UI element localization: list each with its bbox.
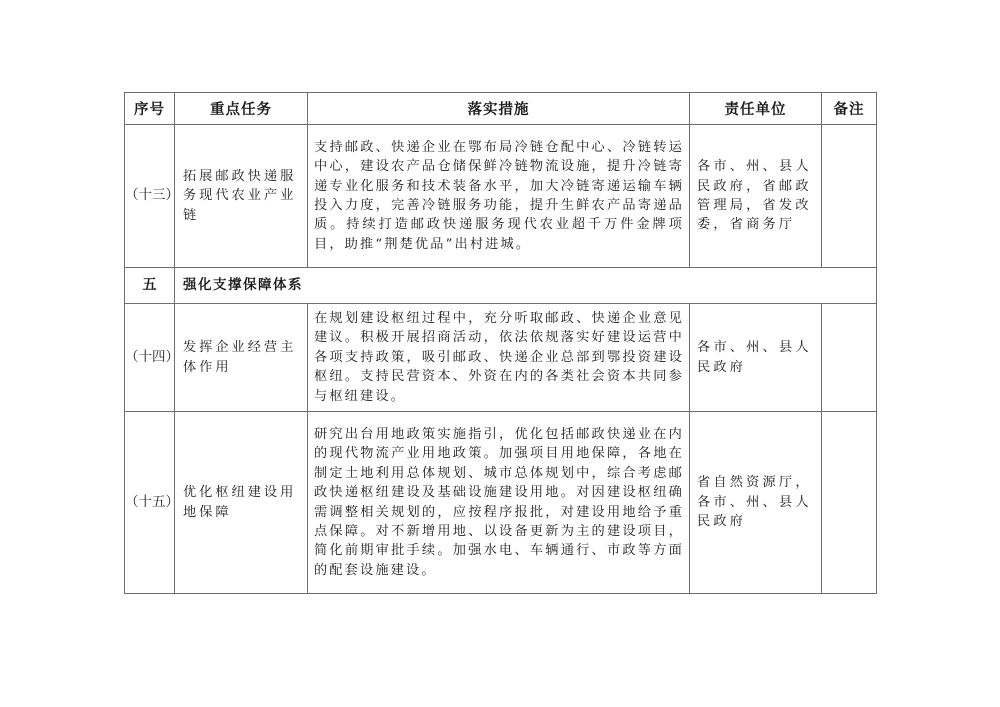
row-task: 发挥企业经营主体作用: [175, 304, 308, 412]
row-num: （十五）: [125, 412, 175, 594]
row-note: [822, 125, 877, 268]
row-note: [822, 304, 877, 412]
section-num: 五: [125, 268, 175, 304]
row-measure: 支持邮政、快递企业在鄂布局冷链仓配中心、冷链转运中心，建设农产品仓储保鲜冷链物流…: [308, 125, 690, 268]
task-table: 序号 重点任务 落实措施 责任单位 备注 （十三） 拓展邮政快递服务现代农业产业…: [124, 92, 877, 594]
table-header-row: 序号 重点任务 落实措施 责任单位 备注: [125, 93, 877, 125]
table-row: （十三） 拓展邮政快递服务现代农业产业链 支持邮政、快递企业在鄂布局冷链仓配中心…: [125, 125, 877, 268]
row-note: [822, 412, 877, 594]
row-num: （十三）: [125, 125, 175, 268]
row-unit: 省自然资源厅，各市、州、县人民政府: [690, 412, 822, 594]
section-row: 五 强化支撑保障体系: [125, 268, 877, 304]
row-task: 拓展邮政快递服务现代农业产业链: [175, 125, 308, 268]
header-num: 序号: [125, 93, 175, 125]
row-num: （十四）: [125, 304, 175, 412]
header-unit: 责任单位: [690, 93, 822, 125]
header-task: 重点任务: [175, 93, 308, 125]
row-measure: 研究出台用地政策实施指引，优化包括邮政快递业在内的现代物流产业用地政策。加强项目…: [308, 412, 690, 594]
table-row: （十五） 优化枢纽建设用地保障 研究出台用地政策实施指引，优化包括邮政快递业在内…: [125, 412, 877, 594]
row-measure: 在规划建设枢纽过程中，充分听取邮政、快递企业意见建议。积极开展招商活动，依法依规…: [308, 304, 690, 412]
header-note: 备注: [822, 93, 877, 125]
row-unit: 各市、州、县人民政府，省邮政管理局，省发改委，省商务厅: [690, 125, 822, 268]
row-unit: 各市、州、县人民政府: [690, 304, 822, 412]
header-measure: 落实措施: [308, 93, 690, 125]
section-title: 强化支撑保障体系: [175, 268, 877, 304]
row-task: 优化枢纽建设用地保障: [175, 412, 308, 594]
table-row: （十四） 发挥企业经营主体作用 在规划建设枢纽过程中，充分听取邮政、快递企业意见…: [125, 304, 877, 412]
